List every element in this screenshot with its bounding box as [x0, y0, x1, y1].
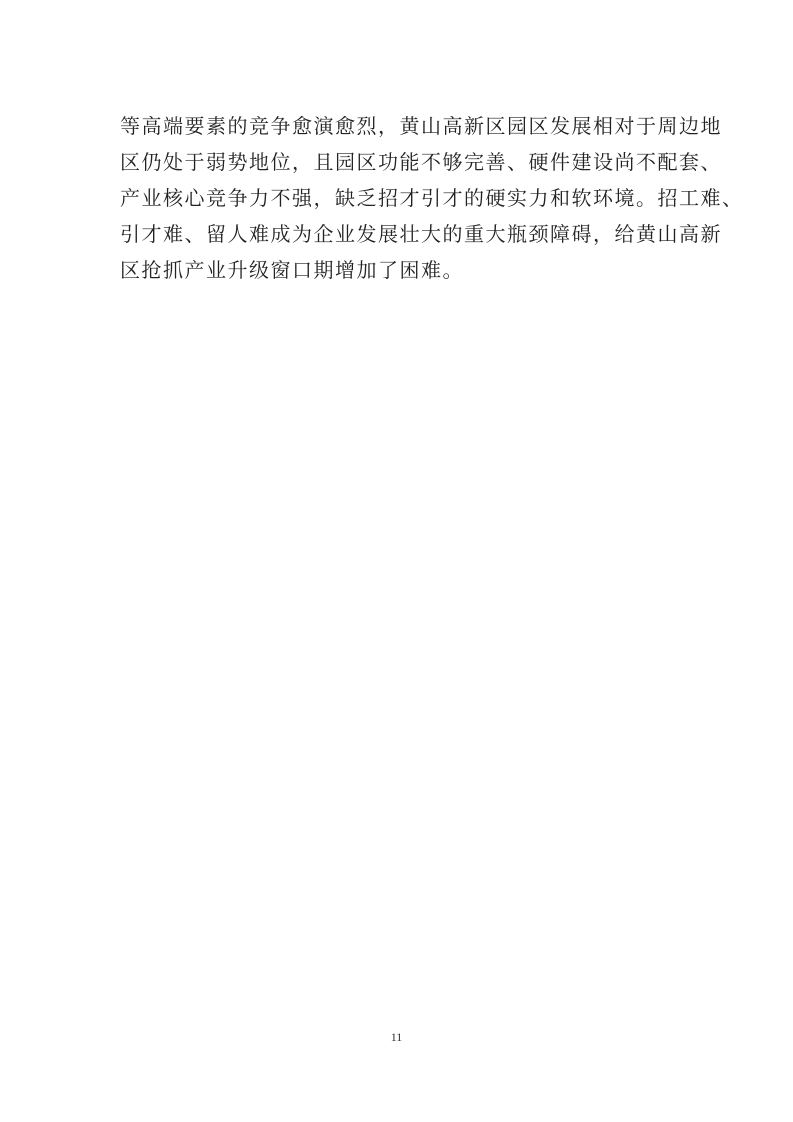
paragraph-line-3: 产业核心竞争力不强，缺乏招才引才的硬实力和软环境。招工难、 — [120, 180, 680, 216]
paragraph-line-4: 引才难、留人难成为企业发展壮大的重大瓶颈障碍，给黄山高新 — [120, 216, 680, 252]
body-paragraph: 等高端要素的竞争愈演愈烈，黄山高新区园区发展相对于周边地 区仍处于弱势地位，且园… — [120, 108, 680, 288]
paragraph-line-2: 区仍处于弱势地位，且园区功能不够完善、硬件建设尚不配套、 — [120, 144, 680, 180]
page-number: 11 — [0, 1030, 793, 1045]
paragraph-line-5: 区抢抓产业升级窗口期增加了困难。 — [120, 252, 680, 288]
paragraph-line-1: 等高端要素的竞争愈演愈烈，黄山高新区园区发展相对于周边地 — [120, 108, 680, 144]
document-page: 等高端要素的竞争愈演愈烈，黄山高新区园区发展相对于周边地 区仍处于弱势地位，且园… — [0, 0, 793, 1122]
